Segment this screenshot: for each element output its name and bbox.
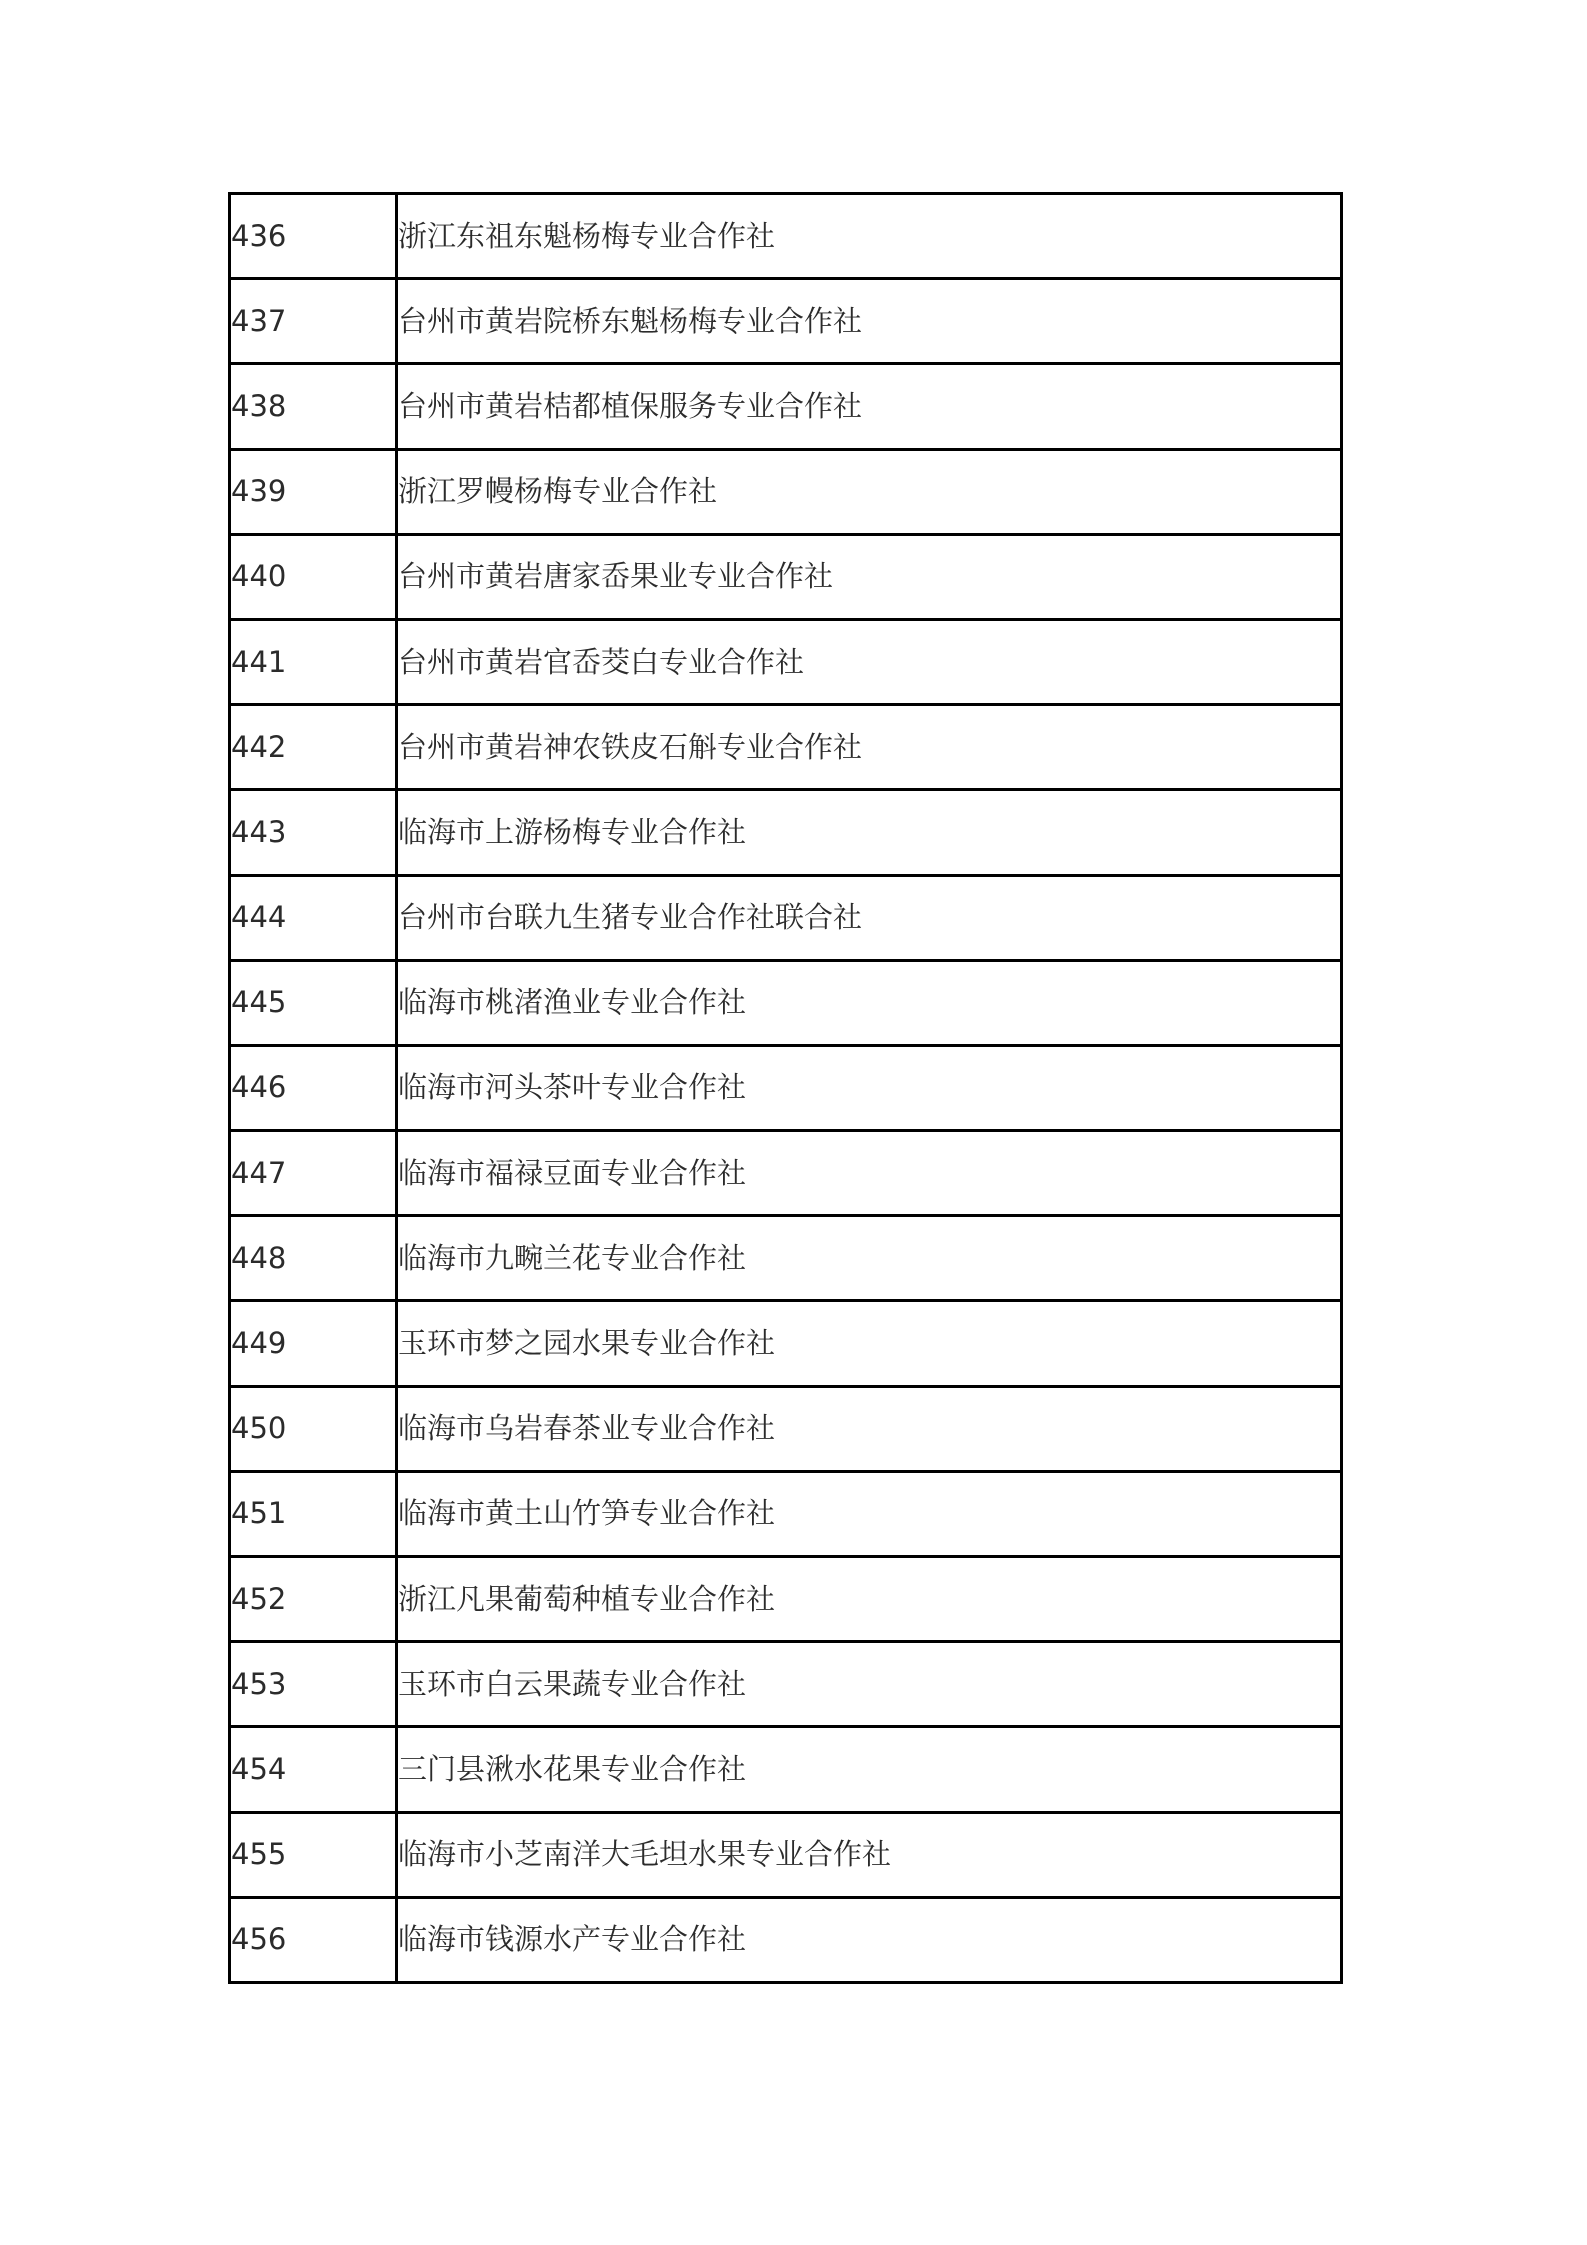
cooperative-name: 玉环市梦之园水果专业合作社	[397, 1301, 1342, 1386]
row-number: 445	[230, 960, 397, 1045]
cooperative-name: 浙江东祖东魁杨梅专业合作社	[397, 194, 1342, 279]
table-row: 449玉环市梦之园水果专业合作社	[230, 1301, 1342, 1386]
table-row: 446临海市河头茶叶专业合作社	[230, 1045, 1342, 1130]
row-number: 448	[230, 1216, 397, 1301]
table-row: 443临海市上游杨梅专业合作社	[230, 790, 1342, 875]
cooperative-name: 临海市钱源水产专业合作社	[397, 1897, 1342, 1982]
table-row: 441台州市黄岩官岙茭白专业合作社	[230, 619, 1342, 704]
cooperative-name: 浙江凡果葡萄种植专业合作社	[397, 1557, 1342, 1642]
cooperative-name: 临海市上游杨梅专业合作社	[397, 790, 1342, 875]
row-number: 444	[230, 875, 397, 960]
row-number: 439	[230, 449, 397, 534]
row-number: 446	[230, 1045, 397, 1130]
table-body: 436浙江东祖东魁杨梅专业合作社437台州市黄岩院桥东魁杨梅专业合作社438台州…	[230, 194, 1342, 1983]
row-number: 455	[230, 1812, 397, 1897]
row-number: 436	[230, 194, 397, 279]
cooperative-name: 台州市黄岩神农铁皮石斛专业合作社	[397, 705, 1342, 790]
cooperative-name: 三门县湫水花果专业合作社	[397, 1727, 1342, 1812]
cooperative-list-table: 436浙江东祖东魁杨梅专业合作社437台州市黄岩院桥东魁杨梅专业合作社438台州…	[228, 192, 1343, 1984]
table-row: 438台州市黄岩桔都植保服务专业合作社	[230, 364, 1342, 449]
row-number: 456	[230, 1897, 397, 1982]
table-row: 442台州市黄岩神农铁皮石斛专业合作社	[230, 705, 1342, 790]
table-row: 451临海市黄土山竹笋专业合作社	[230, 1471, 1342, 1556]
cooperative-name: 临海市河头茶叶专业合作社	[397, 1045, 1342, 1130]
table-row: 445临海市桃渚渔业专业合作社	[230, 960, 1342, 1045]
cooperative-name: 台州市黄岩唐家岙果业专业合作社	[397, 534, 1342, 619]
row-number: 450	[230, 1386, 397, 1471]
table-row: 450临海市乌岩春茶业专业合作社	[230, 1386, 1342, 1471]
table-row: 456临海市钱源水产专业合作社	[230, 1897, 1342, 1982]
cooperative-name: 玉环市白云果蔬专业合作社	[397, 1642, 1342, 1727]
cooperative-name: 临海市桃渚渔业专业合作社	[397, 960, 1342, 1045]
cooperative-name: 临海市福禄豆面专业合作社	[397, 1131, 1342, 1216]
cooperative-name: 临海市小芝南洋大毛坦水果专业合作社	[397, 1812, 1342, 1897]
row-number: 443	[230, 790, 397, 875]
row-number: 452	[230, 1557, 397, 1642]
table-row: 444台州市台联九生猪专业合作社联合社	[230, 875, 1342, 960]
row-number: 453	[230, 1642, 397, 1727]
row-number: 447	[230, 1131, 397, 1216]
cooperative-name: 台州市黄岩官岙茭白专业合作社	[397, 619, 1342, 704]
cooperative-name: 台州市黄岩院桥东魁杨梅专业合作社	[397, 279, 1342, 364]
document-page: 436浙江东祖东魁杨梅专业合作社437台州市黄岩院桥东魁杨梅专业合作社438台州…	[0, 0, 1587, 2245]
table-row: 455临海市小芝南洋大毛坦水果专业合作社	[230, 1812, 1342, 1897]
table-row: 448临海市九畹兰花专业合作社	[230, 1216, 1342, 1301]
cooperative-name: 浙江罗幔杨梅专业合作社	[397, 449, 1342, 534]
row-number: 438	[230, 364, 397, 449]
row-number: 441	[230, 619, 397, 704]
cooperative-name: 临海市九畹兰花专业合作社	[397, 1216, 1342, 1301]
table-row: 436浙江东祖东魁杨梅专业合作社	[230, 194, 1342, 279]
row-number: 451	[230, 1471, 397, 1556]
cooperative-name: 临海市乌岩春茶业专业合作社	[397, 1386, 1342, 1471]
row-number: 442	[230, 705, 397, 790]
table-row: 437台州市黄岩院桥东魁杨梅专业合作社	[230, 279, 1342, 364]
table-row: 440台州市黄岩唐家岙果业专业合作社	[230, 534, 1342, 619]
row-number: 449	[230, 1301, 397, 1386]
table-row: 453玉环市白云果蔬专业合作社	[230, 1642, 1342, 1727]
table-row: 447临海市福禄豆面专业合作社	[230, 1131, 1342, 1216]
cooperative-name: 台州市台联九生猪专业合作社联合社	[397, 875, 1342, 960]
cooperative-name: 台州市黄岩桔都植保服务专业合作社	[397, 364, 1342, 449]
cooperative-name: 临海市黄土山竹笋专业合作社	[397, 1471, 1342, 1556]
row-number: 437	[230, 279, 397, 364]
table-row: 439浙江罗幔杨梅专业合作社	[230, 449, 1342, 534]
row-number: 440	[230, 534, 397, 619]
table-row: 452浙江凡果葡萄种植专业合作社	[230, 1557, 1342, 1642]
row-number: 454	[230, 1727, 397, 1812]
table-row: 454三门县湫水花果专业合作社	[230, 1727, 1342, 1812]
